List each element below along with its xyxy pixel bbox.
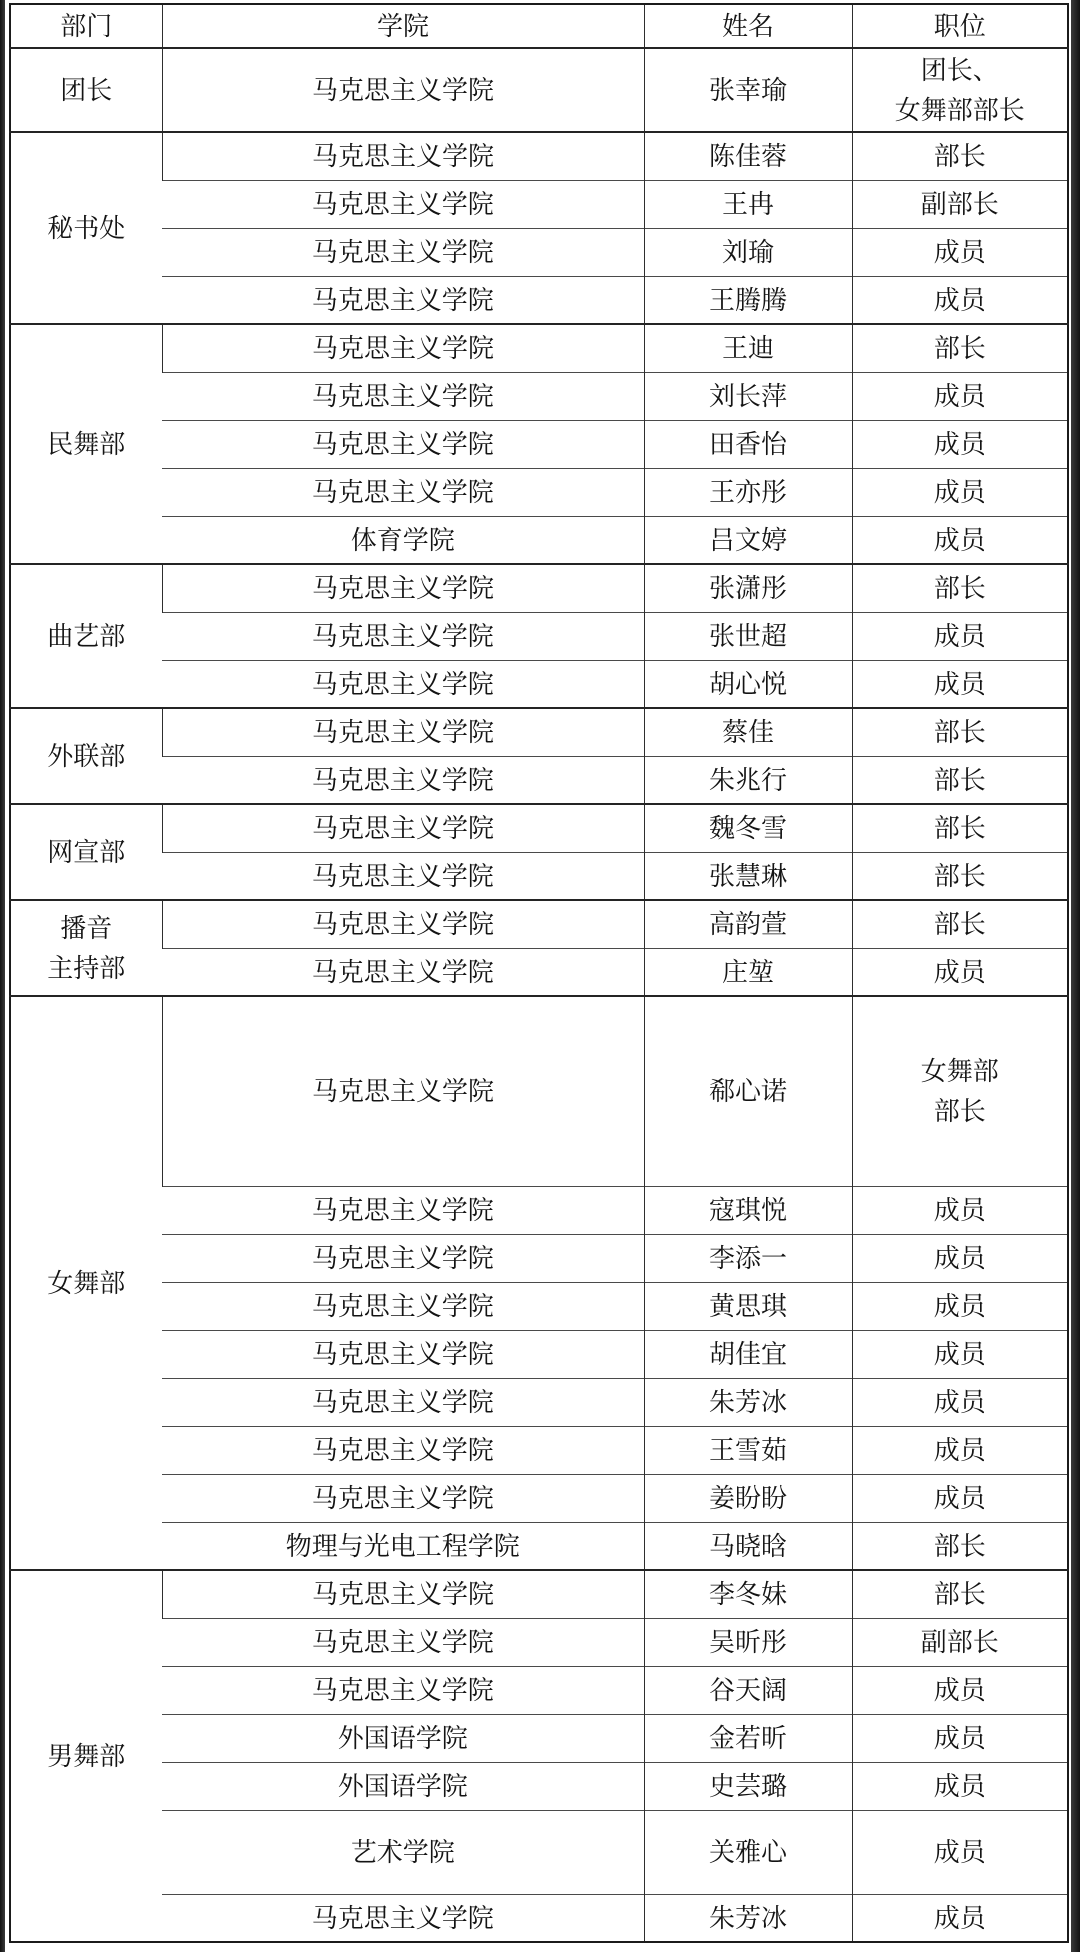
table-row: 马克思主义学院吴昕彤副部长 [10, 1618, 1068, 1666]
name-cell: 田香怡 [644, 420, 852, 468]
college-cell: 马克思主义学院 [162, 804, 644, 852]
department-cell: 曲艺部 [10, 564, 162, 708]
position-cell: 副部长 [852, 180, 1068, 228]
college-cell: 外国语学院 [162, 1762, 644, 1810]
name-cell: 郗心诺 [644, 996, 852, 1186]
table-row: 马克思主义学院谷天阔成员 [10, 1666, 1068, 1714]
college-cell: 马克思主义学院 [162, 900, 644, 948]
department-cell: 男舞部 [10, 1570, 162, 1942]
name-cell: 黄思琪 [644, 1282, 852, 1330]
college-cell: 体育学院 [162, 516, 644, 564]
name-cell: 蔡佳 [644, 708, 852, 756]
position-cell: 成员 [852, 276, 1068, 324]
college-cell: 马克思主义学院 [162, 180, 644, 228]
college-cell: 马克思主义学院 [162, 1378, 644, 1426]
college-cell: 马克思主义学院 [162, 48, 644, 132]
table-row: 体育学院吕文婷成员 [10, 516, 1068, 564]
document-sheet: 部门 学院 姓名 职位 团长马克思主义学院张幸瑜团长、 女舞部部长秘书处马克思主… [5, 0, 1071, 1952]
college-cell: 马克思主义学院 [162, 1894, 644, 1942]
position-cell: 成员 [852, 1282, 1068, 1330]
college-cell: 马克思主义学院 [162, 372, 644, 420]
name-cell: 王亦彤 [644, 468, 852, 516]
position-cell: 部长 [852, 132, 1068, 180]
header-name: 姓名 [644, 4, 852, 48]
position-cell: 部长 [852, 564, 1068, 612]
name-cell: 朱芳冰 [644, 1894, 852, 1942]
table-row: 马克思主义学院胡佳宜成员 [10, 1330, 1068, 1378]
college-cell: 马克思主义学院 [162, 276, 644, 324]
name-cell: 高韵萱 [644, 900, 852, 948]
table-row: 马克思主义学院刘长萍成员 [10, 372, 1068, 420]
name-cell: 姜盼盼 [644, 1474, 852, 1522]
position-cell: 女舞部 部长 [852, 996, 1068, 1186]
position-cell: 部长 [852, 804, 1068, 852]
name-cell: 庄堃 [644, 948, 852, 996]
screen-edge-right [1071, 0, 1080, 1952]
college-cell: 外国语学院 [162, 1714, 644, 1762]
college-cell: 马克思主义学院 [162, 708, 644, 756]
college-cell: 马克思主义学院 [162, 756, 644, 804]
college-cell: 马克思主义学院 [162, 996, 644, 1186]
roster-table: 部门 学院 姓名 职位 团长马克思主义学院张幸瑜团长、 女舞部部长秘书处马克思主… [9, 3, 1069, 1943]
college-cell: 马克思主义学院 [162, 1474, 644, 1522]
table-row: 马克思主义学院王冉副部长 [10, 180, 1068, 228]
college-cell: 马克思主义学院 [162, 1330, 644, 1378]
position-cell: 部长 [852, 756, 1068, 804]
position-cell: 成员 [852, 420, 1068, 468]
college-cell: 马克思主义学院 [162, 1282, 644, 1330]
page: 部门 学院 姓名 职位 团长马克思主义学院张幸瑜团长、 女舞部部长秘书处马克思主… [0, 0, 1080, 1952]
table-row: 马克思主义学院朱兆行部长 [10, 756, 1068, 804]
name-cell: 魏冬雪 [644, 804, 852, 852]
position-cell: 部长 [852, 708, 1068, 756]
roster-header: 部门 学院 姓名 职位 [10, 4, 1068, 48]
college-cell: 马克思主义学院 [162, 228, 644, 276]
college-cell: 马克思主义学院 [162, 420, 644, 468]
table-row: 女舞部马克思主义学院郗心诺女舞部 部长 [10, 996, 1068, 1186]
college-cell: 马克思主义学院 [162, 1618, 644, 1666]
name-cell: 史芸璐 [644, 1762, 852, 1810]
college-cell: 马克思主义学院 [162, 1426, 644, 1474]
name-cell: 张幸瑜 [644, 48, 852, 132]
name-cell: 张世超 [644, 612, 852, 660]
name-cell: 刘长萍 [644, 372, 852, 420]
header-row: 部门 学院 姓名 职位 [10, 4, 1068, 48]
college-cell: 马克思主义学院 [162, 324, 644, 372]
department-cell: 女舞部 [10, 996, 162, 1570]
name-cell: 李冬妹 [644, 1570, 852, 1618]
name-cell: 马晓晗 [644, 1522, 852, 1570]
table-row: 马克思主义学院姜盼盼成员 [10, 1474, 1068, 1522]
position-cell: 成员 [852, 1894, 1068, 1942]
name-cell: 刘瑜 [644, 228, 852, 276]
position-cell: 部长 [852, 1522, 1068, 1570]
position-cell: 成员 [852, 1186, 1068, 1234]
position-cell: 成员 [852, 1330, 1068, 1378]
position-cell: 成员 [852, 1714, 1068, 1762]
position-cell: 成员 [852, 228, 1068, 276]
position-cell: 成员 [852, 1762, 1068, 1810]
roster-body: 团长马克思主义学院张幸瑜团长、 女舞部部长秘书处马克思主义学院陈佳蓉部长马克思主… [10, 48, 1068, 1942]
name-cell: 胡佳宜 [644, 1330, 852, 1378]
department-cell: 秘书处 [10, 132, 162, 324]
name-cell: 王雪茹 [644, 1426, 852, 1474]
table-row: 马克思主义学院王腾腾成员 [10, 276, 1068, 324]
college-cell: 马克思主义学院 [162, 1186, 644, 1234]
position-cell: 部长 [852, 324, 1068, 372]
department-cell: 网宣部 [10, 804, 162, 900]
position-cell: 成员 [852, 1378, 1068, 1426]
position-cell: 成员 [852, 1234, 1068, 1282]
position-cell: 成员 [852, 660, 1068, 708]
table-row: 播音 主持部马克思主义学院高韵萱部长 [10, 900, 1068, 948]
table-row: 外国语学院金若昕成员 [10, 1714, 1068, 1762]
name-cell: 吴昕彤 [644, 1618, 852, 1666]
college-cell: 马克思主义学院 [162, 564, 644, 612]
name-cell: 胡心悦 [644, 660, 852, 708]
table-row: 马克思主义学院王雪茹成员 [10, 1426, 1068, 1474]
college-cell: 马克思主义学院 [162, 612, 644, 660]
table-row: 外联部马克思主义学院蔡佳部长 [10, 708, 1068, 756]
table-row: 男舞部马克思主义学院李冬妹部长 [10, 1570, 1068, 1618]
position-cell: 部长 [852, 1570, 1068, 1618]
name-cell: 寇琪悦 [644, 1186, 852, 1234]
table-row: 马克思主义学院寇琪悦成员 [10, 1186, 1068, 1234]
name-cell: 张慧琳 [644, 852, 852, 900]
table-row: 秘书处马克思主义学院陈佳蓉部长 [10, 132, 1068, 180]
college-cell: 物理与光电工程学院 [162, 1522, 644, 1570]
department-cell: 外联部 [10, 708, 162, 804]
table-row: 曲艺部马克思主义学院张潇彤部长 [10, 564, 1068, 612]
header-college: 学院 [162, 4, 644, 48]
position-cell: 部长 [852, 852, 1068, 900]
college-cell: 马克思主义学院 [162, 852, 644, 900]
name-cell: 吕文婷 [644, 516, 852, 564]
position-cell: 成员 [852, 1810, 1068, 1894]
college-cell: 马克思主义学院 [162, 1234, 644, 1282]
table-row: 马克思主义学院王亦彤成员 [10, 468, 1068, 516]
position-cell: 成员 [852, 516, 1068, 564]
college-cell: 艺术学院 [162, 1810, 644, 1894]
name-cell: 李添一 [644, 1234, 852, 1282]
college-cell: 马克思主义学院 [162, 1666, 644, 1714]
table-row: 马克思主义学院胡心悦成员 [10, 660, 1068, 708]
table-row: 马克思主义学院李添一成员 [10, 1234, 1068, 1282]
position-cell: 成员 [852, 948, 1068, 996]
department-cell: 团长 [10, 48, 162, 132]
table-row: 马克思主义学院张世超成员 [10, 612, 1068, 660]
table-row: 马克思主义学院庄堃成员 [10, 948, 1068, 996]
name-cell: 王迪 [644, 324, 852, 372]
table-row: 物理与光电工程学院马晓晗部长 [10, 1522, 1068, 1570]
position-cell: 成员 [852, 468, 1068, 516]
position-cell: 副部长 [852, 1618, 1068, 1666]
table-row: 马克思主义学院黄思琪成员 [10, 1282, 1068, 1330]
college-cell: 马克思主义学院 [162, 660, 644, 708]
name-cell: 关雅心 [644, 1810, 852, 1894]
table-row: 网宣部马克思主义学院魏冬雪部长 [10, 804, 1068, 852]
table-row: 马克思主义学院刘瑜成员 [10, 228, 1068, 276]
position-cell: 成员 [852, 1666, 1068, 1714]
name-cell: 张潇彤 [644, 564, 852, 612]
table-row: 外国语学院史芸璐成员 [10, 1762, 1068, 1810]
position-cell: 团长、 女舞部部长 [852, 48, 1068, 132]
name-cell: 金若昕 [644, 1714, 852, 1762]
department-cell: 民舞部 [10, 324, 162, 564]
position-cell: 成员 [852, 372, 1068, 420]
name-cell: 朱芳冰 [644, 1378, 852, 1426]
table-row: 艺术学院关雅心成员 [10, 1810, 1068, 1894]
position-cell: 成员 [852, 612, 1068, 660]
table-row: 民舞部马克思主义学院王迪部长 [10, 324, 1068, 372]
position-cell: 部长 [852, 900, 1068, 948]
name-cell: 朱兆行 [644, 756, 852, 804]
department-cell: 播音 主持部 [10, 900, 162, 996]
table-row: 马克思主义学院张慧琳部长 [10, 852, 1068, 900]
header-position: 职位 [852, 4, 1068, 48]
position-cell: 成员 [852, 1474, 1068, 1522]
table-row: 团长马克思主义学院张幸瑜团长、 女舞部部长 [10, 48, 1068, 132]
college-cell: 马克思主义学院 [162, 948, 644, 996]
table-row: 马克思主义学院朱芳冰成员 [10, 1378, 1068, 1426]
table-row: 马克思主义学院田香怡成员 [10, 420, 1068, 468]
header-department: 部门 [10, 4, 162, 48]
name-cell: 王腾腾 [644, 276, 852, 324]
college-cell: 马克思主义学院 [162, 1570, 644, 1618]
name-cell: 王冉 [644, 180, 852, 228]
name-cell: 谷天阔 [644, 1666, 852, 1714]
college-cell: 马克思主义学院 [162, 468, 644, 516]
college-cell: 马克思主义学院 [162, 132, 644, 180]
name-cell: 陈佳蓉 [644, 132, 852, 180]
position-cell: 成员 [852, 1426, 1068, 1474]
table-row: 马克思主义学院朱芳冰成员 [10, 1894, 1068, 1942]
